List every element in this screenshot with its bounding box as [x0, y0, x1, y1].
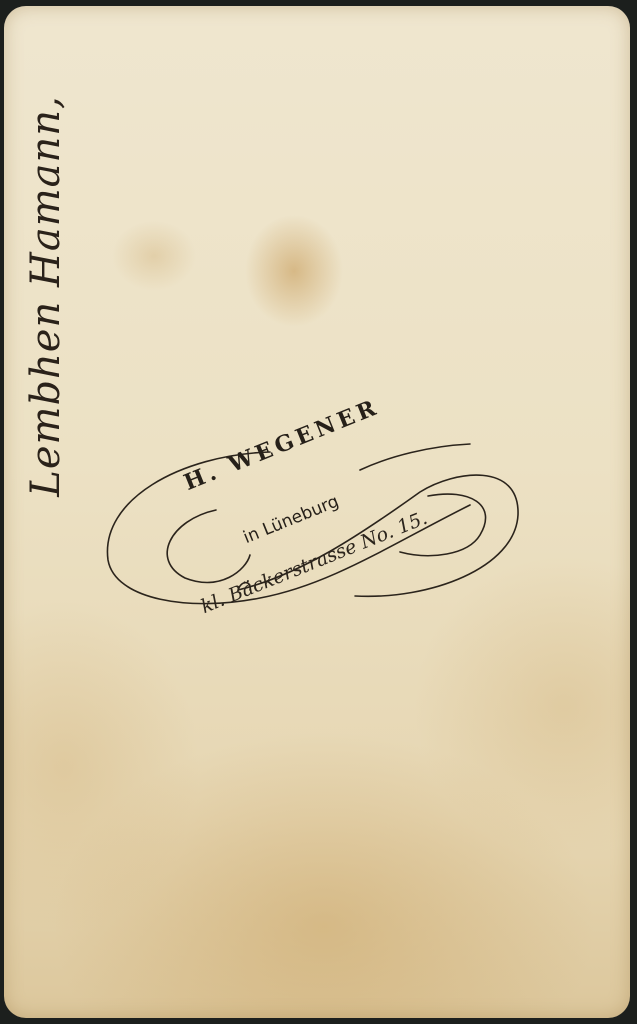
- photographer-imprint: H. WEGENER in Lüneburg kl. Bäckerstrasse…: [0, 0, 637, 1024]
